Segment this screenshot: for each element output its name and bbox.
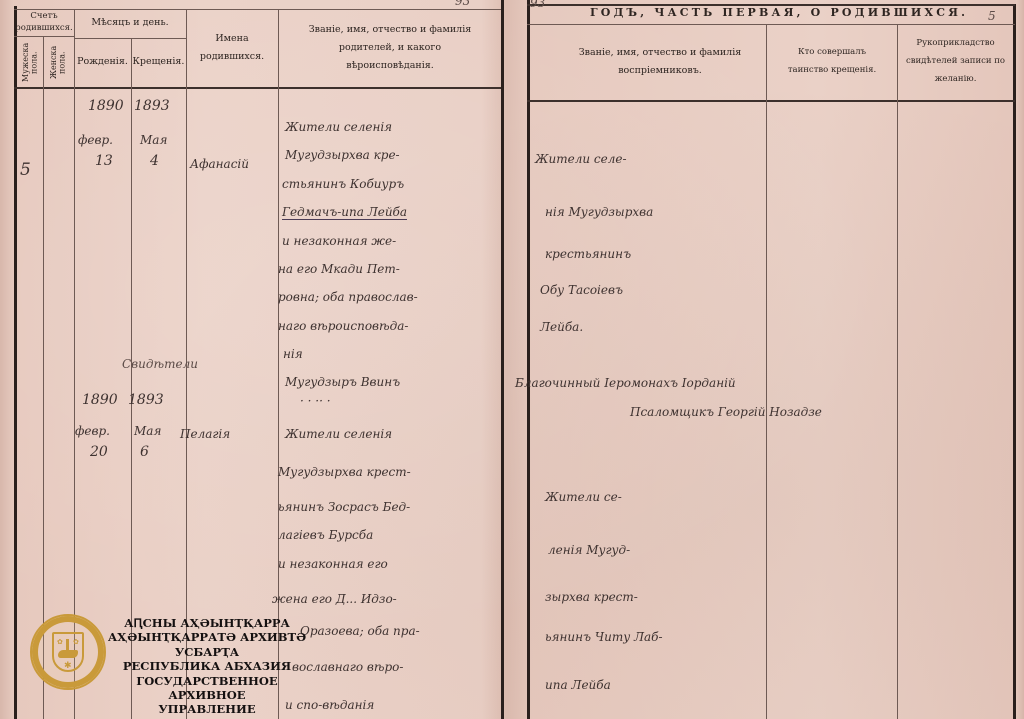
- entry-2-parents-line: Мугудзырхва крест-: [278, 465, 411, 479]
- entry-2-godparents-line: зырхва крест-: [545, 590, 638, 604]
- witness-name: Мугудзыръ Ввинъ: [285, 375, 400, 389]
- entry-2-godparents-line: ьянинъ Читу Лаб-: [545, 630, 663, 644]
- entry-1-birth-month: февр.: [78, 133, 113, 147]
- entry-1-birth-year: 1890: [88, 98, 124, 114]
- entry-1-parents-line: стьянинъ Кобиуръ: [282, 177, 404, 191]
- watermark-line: УСБАРҬА: [100, 645, 314, 659]
- col-line-witnesses: [897, 24, 898, 719]
- entry-1-godparents-line: Жители селе-: [535, 152, 627, 166]
- left-page-edge: [0, 0, 14, 719]
- priest-signature-line-2: Псаломщикъ Георгій Нозадзе: [630, 405, 822, 419]
- witness-signature-marks: · · ·· ·: [300, 394, 331, 408]
- entry-1-godparents-line: Лейба.: [540, 320, 583, 334]
- entry-1-child-name: Афанасій: [190, 157, 249, 171]
- watermark-line: РЕСПУБЛИКА АБХАЗИЯ: [100, 659, 314, 673]
- entry-2-birth-day: 20: [90, 444, 108, 460]
- right-page-number: 93: [530, 0, 545, 10]
- watermark-line: ГОСУДАРСТВЕННОЕ АРХИВНОЕ: [100, 674, 314, 703]
- entry-1-parents-line: на его Мкади Пет-: [278, 262, 400, 276]
- entry-2-baptism-month: Мая: [134, 424, 161, 438]
- header-names-of-born: Имена родившихся.: [186, 9, 278, 87]
- left-page-number: 93: [455, 0, 470, 8]
- coat-of-arms-seal-icon: ✿ ✿ ✱: [30, 614, 106, 690]
- entry-1-godparents-line: нія Мугудзырхва: [545, 205, 653, 219]
- header-witnesses: Рукоприкладство свидѣтелей записи по жел…: [898, 24, 1013, 100]
- shield-icon: ✿ ✿ ✱: [52, 632, 84, 672]
- corner-mark: 5: [988, 9, 996, 23]
- watermark-line: АҲӘЫНҬҚАРРАТӘ АРХИВТӘ: [100, 630, 314, 644]
- col-line-male: [43, 36, 44, 719]
- entry-1-baptism-year: 1893: [134, 98, 170, 114]
- entry-2-parents-line: лагіевъ Бурсба: [278, 528, 373, 542]
- watermark-line: АԤСНЫ АҲӘЫНҬҚАРРА: [100, 616, 314, 630]
- entry-2-birth-year: 1890: [82, 392, 118, 408]
- flower-icon: ✿: [73, 638, 79, 646]
- entry-2-godparents-line: ленія Мугуд-: [548, 543, 630, 557]
- header-month-and-day: Мѣсяцъ и день.: [74, 9, 186, 38]
- entry-1-parents-line: наго вѣроисповѣда-: [278, 319, 408, 333]
- entry-1-godparents-line: Обу Тасоіевъ: [540, 283, 623, 297]
- entry-1-parents-line: Мугудзырхва кре-: [285, 148, 400, 162]
- entry-1-godparents-line: крестьянинъ: [545, 247, 631, 261]
- entry-1-parents-line: Гедмачъ-ипа Лейба: [282, 205, 407, 219]
- header-female: Женска пола.: [50, 40, 70, 85]
- entry-2-child-name: Пелагія: [180, 427, 230, 441]
- entry-2-parents-line: Оразоева; оба пра-: [300, 624, 420, 638]
- col-line-names: [278, 9, 279, 719]
- entry-1-parents-line-text: Гедмачъ-ипа Лейба: [282, 205, 407, 220]
- entry-1-parents-line: Жители селенія: [285, 120, 392, 134]
- priest-signature-line-1: Благочинный Іеромонахъ Іорданій: [515, 376, 736, 390]
- header-parents: Званіе, имя, отчество и фамилія родителе…: [290, 9, 490, 87]
- star-icon: ✱: [64, 661, 72, 671]
- entry-1-baptism-day: 4: [150, 153, 159, 169]
- right-page-outer-border: [1013, 4, 1016, 719]
- left-page-binding-border: [501, 0, 504, 719]
- entry-2-parents-line: жена его Д... Идзо-: [272, 592, 397, 606]
- col-line-performed-by: [766, 24, 767, 719]
- entry-2-godparents-line: ипа Лейба: [545, 678, 611, 692]
- entry-2-baptism-year: 1893: [128, 392, 164, 408]
- flower-icon: ✿: [57, 638, 63, 646]
- header-birth: Рожденія.: [74, 38, 131, 87]
- header-male: Мужеска пола.: [22, 40, 42, 85]
- watermark-text: АԤСНЫ АҲӘЫНҬҚАРРА АҲӘЫНҬҚАРРАТӘ АРХИВТӘ …: [100, 616, 314, 717]
- right-page-edge: [1016, 0, 1024, 719]
- left-page-outer-border: [14, 6, 17, 719]
- entry-2-godparents-line: Жители се-: [545, 490, 622, 504]
- header-performed-by: Кто совершалъ таинство крещенія.: [767, 24, 897, 100]
- entry-2-parents-line: и незаконная его: [278, 557, 388, 571]
- entry-1-parents-line: ровна; оба православ-: [278, 290, 418, 304]
- right-page-binding-border: [527, 0, 530, 719]
- entry-1-number: 5: [20, 160, 31, 180]
- horse-icon: [58, 650, 78, 658]
- entry-1-parents-line: нія: [283, 347, 303, 361]
- witnesses-label: Свидѣтели: [122, 357, 198, 371]
- entry-2-parents-line: ьянинъ Зосрасъ Бед-: [278, 500, 410, 514]
- header-godparents: Званіе, имя, отчество и фамилія воспріем…: [560, 24, 760, 100]
- count-subheader-rule: [14, 36, 74, 37]
- col-line-female: [74, 9, 75, 719]
- right-header-bottom-rule: [527, 100, 1015, 102]
- entry-1-parents-line: и незаконная же-: [282, 234, 396, 248]
- entry-2-parents-line: Жители селенія: [285, 427, 392, 441]
- entry-1-birth-day: 13: [95, 153, 113, 169]
- watermark-line: УПРАВЛЕНИЕ: [100, 702, 314, 716]
- header-count-of-born: Счетъ родившихся.: [14, 9, 74, 36]
- entry-2-birth-month: февр.: [75, 424, 110, 438]
- entry-2-baptism-day: 6: [140, 444, 149, 460]
- left-header-bottom-rule: [14, 87, 501, 89]
- entry-1-baptism-month: Мая: [140, 133, 167, 147]
- register-title: ГОДЪ, ЧАСТЬ ПЕРВАЯ, О РОДИВШИХСЯ.: [590, 6, 968, 19]
- header-baptism: Крещенія.: [131, 38, 186, 87]
